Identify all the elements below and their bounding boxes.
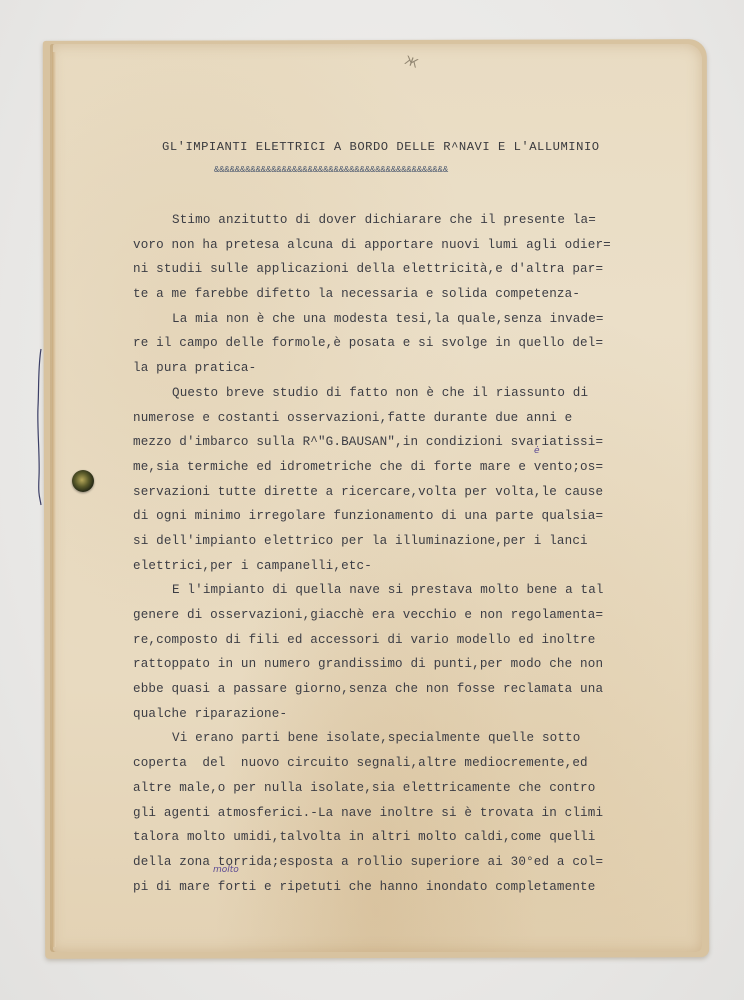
text-line: me,sia termiche ed idrometriche che di f… [133,455,633,480]
handwritten-insert-molto: molto [213,865,239,875]
text-line: pi di mare forti e ripetuti che hanno in… [133,875,633,900]
text-line: numerose e costanti osservazioni,fatte d… [133,406,633,431]
text-line: Questo breve studio di fatto non è che i… [133,381,633,406]
text-line: E l'impianto di quella nave si prestava … [133,578,633,603]
document-title: GL'IMPIANTI ELETTRICI A BORDO DELLE R^NA… [162,140,602,154]
text-line: Vi erano parti bene isolate,specialmente… [133,726,633,751]
text-line: di ogni minimo irregolare funzionamento … [133,504,633,529]
page-binding-edge [52,52,56,947]
text-line: coperta del nuovo circuito segnali,altre… [133,751,633,776]
binding-thread-icon [37,347,43,507]
text-line: ni studii sulle applicazioni della elett… [133,257,633,282]
text-line: la pura pratica- [133,356,633,381]
text-line: Stimo anzitutto di dover dichiarare che … [133,208,633,233]
handwritten-insert-e: ė [534,446,540,456]
text-line: ebbe quasi a passare giorno,senza che no… [133,677,633,702]
text-line: rattoppato in un numero grandissimo di p… [133,652,633,677]
text-line: talora molto umidi,talvolta in altri mol… [133,825,633,850]
title-ornament: &&&&&&&&&&&&&&&&&&&&&&&&&&&&&&&&&&&&&&&&… [214,165,448,175]
text-line: genere di osservazioni,giacchè era vecch… [133,603,633,628]
text-line: La mia non è che una modesta tesi,la qua… [133,307,633,332]
text-line: re il campo delle formole,è posata e si … [133,331,633,356]
text-line: gli agenti atmosferici.-La nave inoltre … [133,801,633,826]
text-line: voro non ha pretesa alcuna di apportare … [133,233,633,258]
text-line: servazioni tutte dirette a ricercare,vol… [133,480,633,505]
text-line: altre male,o per nulla isolate,sia elett… [133,776,633,801]
text-line: si dell'impianto elettrico per la illumi… [133,529,633,554]
body-text: Stimo anzitutto di dover dichiarare che … [133,208,633,899]
brass-grommet-icon [72,470,94,492]
text-line: re,composto di fili ed accessori di vari… [133,628,633,653]
text-line: della zona torrida;esposta a rollio supe… [133,850,633,875]
text-line: elettrici,per i campanelli,etc- [133,554,633,579]
text-line: qualche riparazione- [133,702,633,727]
text-line: te a me farebbe difetto la necessaria e … [133,282,633,307]
text-line: mezzo d'imbarco sulla R^"G.BAUSAN",in co… [133,430,633,455]
